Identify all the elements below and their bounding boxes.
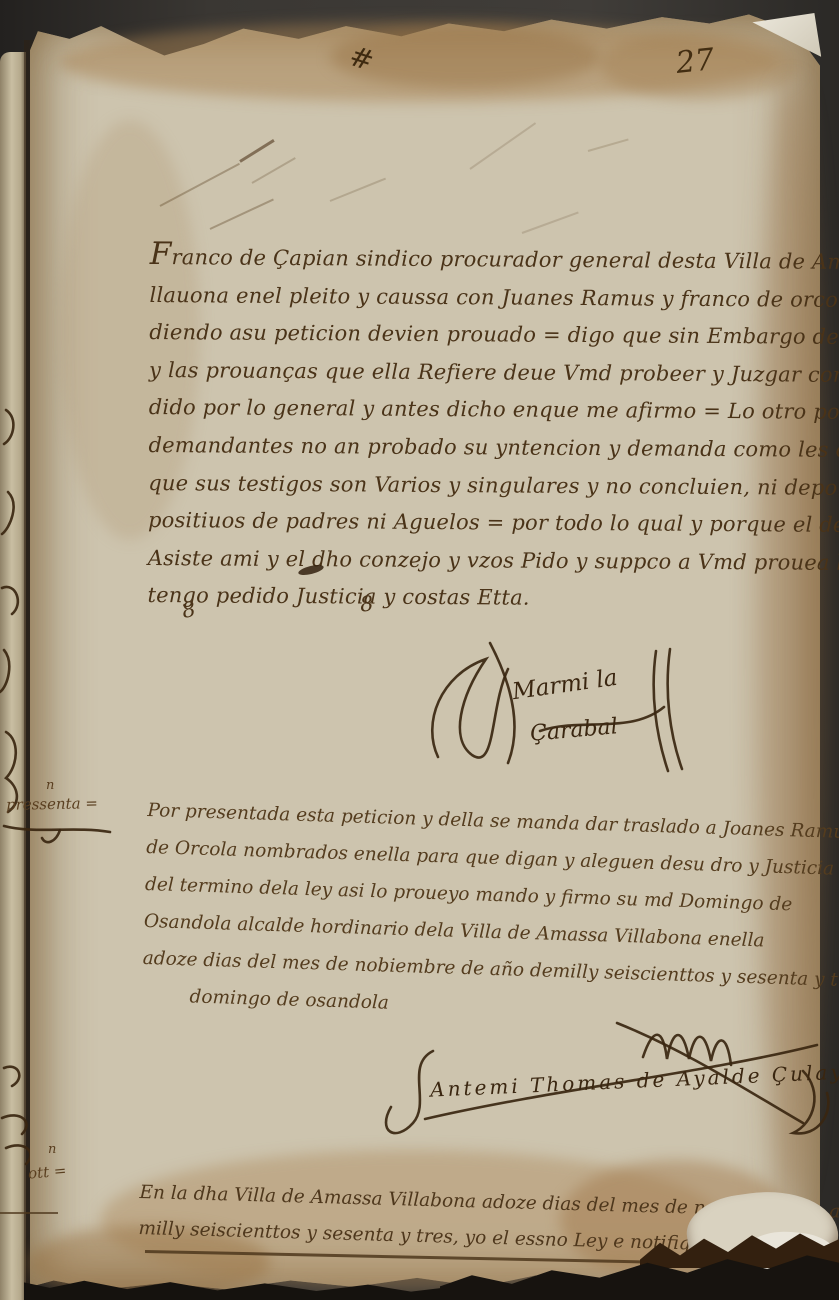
manuscript-line: y las prouanças que ella Refiere deue Vm… bbox=[149, 352, 839, 396]
decree-paragraph: Por presentada esta peticion y della se … bbox=[141, 792, 839, 1038]
manuscript-line: Franco de Çapian sindico procurador gene… bbox=[150, 236, 839, 283]
margin-note-rule bbox=[0, 1212, 58, 1214]
margin-note-notificacion: ott = bbox=[27, 1161, 67, 1182]
manuscript-line: llauona enel pleito y caussa con Juanes … bbox=[149, 277, 839, 321]
manuscript-line: tengo pedido Justicia y costas Etta. bbox=[147, 577, 839, 621]
manuscript-line: Asiste ami y el dho conzejo y vzos Pido … bbox=[148, 540, 839, 584]
manuscript-line: diendo asu peticion devien prouado = dig… bbox=[149, 314, 839, 358]
manuscript-scan: # 27 Franco de Çapian sindico procurador… bbox=[0, 0, 839, 1300]
margin-note-flourish bbox=[2, 818, 118, 846]
margin-note-superscript-bottom: n bbox=[48, 1142, 56, 1157]
manuscript-line: que sus testigos son Varios y singulares… bbox=[148, 465, 839, 509]
petition-paragraph: Franco de Çapian sindico procurador gene… bbox=[147, 236, 839, 621]
manuscript-line: dido por lo general y antes dicho enque … bbox=[149, 389, 839, 433]
folio-number: 27 bbox=[674, 42, 716, 81]
rubric-flourish: 8 bbox=[359, 591, 375, 616]
manuscript-line: positiuos de padres ni Aguelos = por tod… bbox=[148, 502, 839, 546]
manuscript-line: demandantes no an probado su yntencion y… bbox=[148, 427, 839, 471]
facing-page-ink-fragments bbox=[0, 400, 30, 820]
margin-note-presentada: pressenta = bbox=[6, 794, 98, 814]
petition-signature-flourish bbox=[420, 635, 720, 785]
margin-note-superscript: n bbox=[46, 778, 54, 793]
